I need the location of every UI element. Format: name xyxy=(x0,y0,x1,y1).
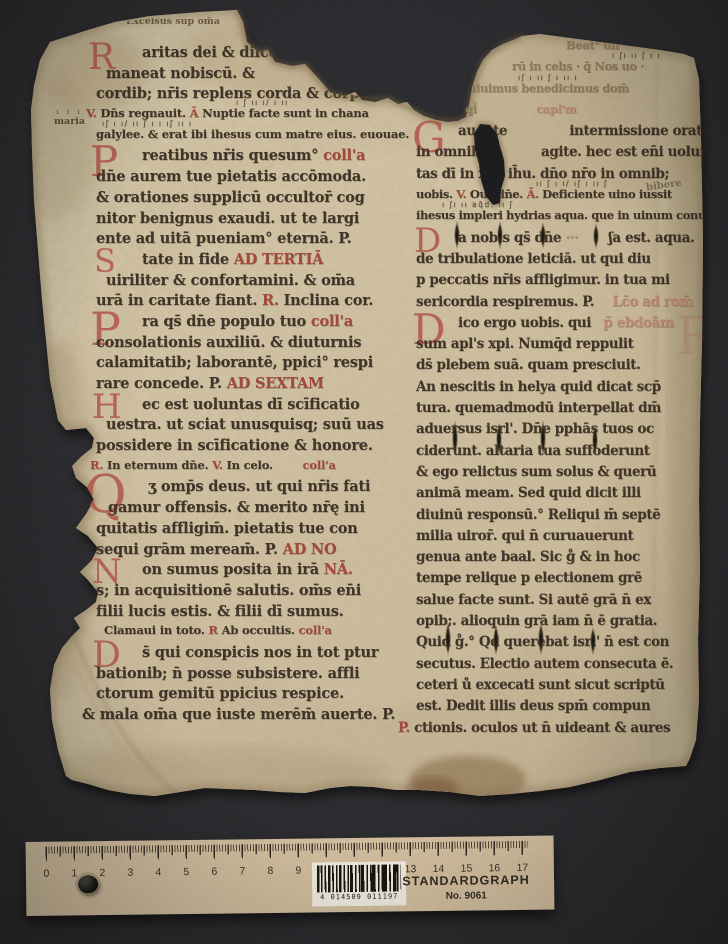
text-line: urā in caritate fiant. R. Inclina cor. xyxy=(96,292,426,313)
text-segment: urā in caritate fiant. xyxy=(96,292,262,309)
text-segment: R xyxy=(208,623,221,637)
text-segment: a nobis qs̄ dn̄e xyxy=(458,230,565,246)
text-segment: coll'a xyxy=(311,313,353,330)
text-segment: sum apl's xpi. Numq̄d reppulit xyxy=(416,336,633,352)
text-line: diuinū responsū.° Reliqui m̄ septē xyxy=(416,507,708,528)
text-segment: uiriliter & confortamini. & om̄a xyxy=(106,272,355,289)
text-segment: galylee. & erat ibi ihesus cum matre eiu… xyxy=(96,127,409,141)
text-line: & ego relictus sum solus & querū xyxy=(416,464,708,485)
text-segment: ico ergo uobis. qui xyxy=(458,315,595,331)
text-line: galylee. & erat ibi ihesus cum matre eiu… xyxy=(96,127,426,148)
text-segment: Quid g̊.° Qd querebat isrl' n̄ est con xyxy=(416,634,669,650)
text-segment: coll'a xyxy=(323,147,365,164)
text-segment: rū in celıs · q̄ Nos uo · xyxy=(512,59,644,73)
text-segment: uestra. ut sciat unusquisq; suū uas xyxy=(106,416,384,433)
text-segment: filii lucis estis. & filii dī sumus. xyxy=(96,603,344,620)
text-segment: V. xyxy=(456,187,470,201)
text-line: uiriliter & confortamini. & om̄a xyxy=(106,272,426,293)
text-segment: reatibus nr̄is quesum° xyxy=(142,147,323,164)
text-line: salue facte sunt. Si autē grā n̄ ex xyxy=(416,592,708,613)
text-line: & mala om̄a que iuste merēm̄ auerte. P. xyxy=(82,706,426,727)
text-segment: Ā. xyxy=(526,187,542,201)
text-line: secutus. Electio autem consecuta ē. xyxy=(416,656,708,677)
text-line: aduersus isrl'. Dn̄e pphās tuos oc xyxy=(416,421,708,442)
ruler-number: 4 xyxy=(150,866,166,878)
neume-marks: ıʃ ı ı/ ıı ʃ ı ı ıʃ ıı ı xyxy=(102,119,192,128)
text-line: dn̄e aurem tue pietatis accōmoda. xyxy=(96,168,426,189)
text-segment: ente ad uitā pueniam° eternā. P. xyxy=(96,230,351,247)
text-line: ec est uoluntas dī scīficatio xyxy=(142,396,426,417)
text-segment: diuinū responsū.° Reliqui m̄ septē xyxy=(416,507,660,523)
text-line: nitor benignus exaudi. ut te largi xyxy=(96,210,426,231)
text-segment: bationib; n̄ posse subsistere. affli xyxy=(96,665,359,682)
text-segment: secutus. Electio autem consecuta ē. xyxy=(416,656,673,672)
text-segment: nitor benignus exaudi. ut te largi xyxy=(96,210,359,227)
text-line: sequi grām meream̄. P. AD NO xyxy=(96,541,426,562)
text-line: ds̄ plebem suā. quam presciuit. xyxy=(416,357,708,378)
text-line: a nobis qs̄ dn̄e ···ʃa est. aqua. xyxy=(458,230,708,251)
text-segment: salue facte sunt. Si autē grā n̄ ex xyxy=(416,592,651,608)
text-line: reatibus nr̄is quesum° coll'a xyxy=(142,147,426,168)
text-segment: AD TERTIĀ xyxy=(234,251,324,268)
text-line: est. Dedit illis deus spm̄ compun xyxy=(416,698,708,719)
text-segment: consolationis auxiliū. & diuturnis xyxy=(96,334,361,351)
text-segment: on sumus posita in irā xyxy=(142,561,324,578)
text-segment: ··· xyxy=(565,230,578,246)
text-line: tate in fide AD TERTIĀ xyxy=(142,251,426,272)
text-segment: genua ante baal. Sic g̊ & in hoc xyxy=(416,549,640,565)
text-line: filii lucis estis. & filii dī sumus. xyxy=(96,603,426,624)
text-segment: Inclina cor. xyxy=(284,292,374,309)
ruler-model-number: No. 9061 xyxy=(386,890,546,903)
text-segment: agite. hec est en̄i uolun xyxy=(541,144,709,160)
text-line: s̄ qui conspicis nos in tot ptur xyxy=(142,644,426,665)
text-segment: ceteri ů excecati sunt sicut scriptū xyxy=(416,677,665,693)
text-line: sum apl's xpi. Numq̄d reppulit xyxy=(416,336,708,357)
text-segment: tura. quemadmodū interpellat dm̄ xyxy=(416,400,661,416)
text-line: calamitatib; laborantē, ppici° respi xyxy=(96,354,426,375)
neume-marks: ı ı ı xyxy=(54,108,85,116)
ruler-brand: STANDARDGRAPH xyxy=(386,873,546,889)
text-line: ihesus impleri hydrias aqua. que in uinu… xyxy=(416,208,708,229)
text-line: ra qs̄ dn̄e populo tuo coll'a xyxy=(142,313,426,334)
text-segment: quitatis affligim̄. pietatis tue con xyxy=(96,520,358,537)
text-segment: & orationes supplicū occultor̄ cog xyxy=(96,189,365,206)
text-segment: s̄ qui conspicis nos in tot ptur xyxy=(142,644,378,661)
text-segment: tate in fide xyxy=(142,251,234,268)
text-line: Clamaui in toto. R Ab occultis. coll'a xyxy=(104,623,426,644)
text-segment: Deficiente uino iussit xyxy=(542,187,672,201)
text-segment: An nescitis in helya quid dicat scp̄ xyxy=(416,379,661,395)
text-line: ctorum gemitū ppicius respice. xyxy=(96,685,426,706)
text-segment: R. xyxy=(262,292,284,309)
text-segment: capl'm xyxy=(536,102,576,116)
text-segment: In celo. xyxy=(226,458,276,472)
neume-marks: ıʃ ı ıı ʃ ı ıı ı xyxy=(518,73,578,82)
text-segment: AD NO xyxy=(283,541,337,558)
neume-marks: ı ʃı ıı aq̄d. ıı ʃ xyxy=(442,200,513,209)
text-segment: opib;. alioquin grā iam n̄ ē gratia. xyxy=(416,613,657,629)
text-segment: ra qs̄ dn̄e populo tuo xyxy=(142,313,311,330)
text-line: ico ergo uobis. qui p̄ ebdoām xyxy=(458,315,708,336)
text-segment: ciderunt. altaria tua suffoderunt xyxy=(416,443,650,459)
text-segment: coll'a xyxy=(299,623,332,637)
text-segment: p peccatis nr̄is affligimur. in tua mi xyxy=(416,272,670,288)
text-segment: Clamaui in toto. xyxy=(104,623,208,637)
text-segment: uiuimus benedicimus dom̄ xyxy=(468,81,629,95)
text-segment: R. xyxy=(90,458,107,472)
text-line: de tribulatione leticiā. ut qui diu xyxy=(416,251,708,272)
text-line: possidere in scīficatione & honore. xyxy=(96,437,426,458)
text-segment: In eternum dn̄e. xyxy=(107,458,212,472)
text-line: ente ad uitā pueniam° eternā. P. xyxy=(96,230,426,251)
neume-marks: ı ʃı ıı ʃ ı ı xyxy=(612,51,661,60)
text-segment: ihesus impleri hydrias aqua. que in uinu… xyxy=(416,208,718,222)
text-segment: ctorum gemitū ppicius respice. xyxy=(96,685,344,702)
text-segment: ʒ omp̄s deus. ut qui nr̄is fati xyxy=(148,478,370,495)
left-margin-note: ı ı ı maria xyxy=(54,108,85,127)
text-line: Quid g̊.° Qd querebat isrl' n̄ est con xyxy=(416,634,708,655)
text-line: s; in acquisitionē salutis. om̄s en̄i xyxy=(96,582,426,603)
text-line: milia uiror̄. qui n̄ curuauerunt xyxy=(416,528,708,549)
photo-canvas: Excelsus sup om̄a ı ı ı maria bibere R P… xyxy=(0,0,728,944)
text-line: p peccatis nr̄is affligimur. in tua mi xyxy=(416,272,708,293)
text-line: in omnib; agite. hec est en̄i uolun xyxy=(416,144,708,165)
neume-marks: ıı ʃ ı ı/ ıʃ ı ıı ʃ xyxy=(536,179,608,188)
text-line: R. In eternum dn̄e. V. In celo. coll'a xyxy=(90,458,426,479)
text-line: & orationes supplicū occultor̄ cog xyxy=(96,189,426,210)
text-segment: animā meam. Sed quid dicit illi xyxy=(416,485,641,501)
ruler-number: 7 xyxy=(234,865,250,877)
text-line: uiuimus benedicimus dom̄ıʃ ı ıı ʃ ı ıı ı xyxy=(468,81,708,102)
neume-marks: ı ʃ ıı ı/ ı ıı xyxy=(236,98,289,107)
text-line: animā meam. Sed quid dicit illi xyxy=(416,485,708,506)
text-segment: Lc̄o ad rom̄ xyxy=(612,294,693,310)
ruler-number: 6 xyxy=(206,866,222,878)
text-segment: & mala om̄a que iuste merēm̄ auerte. P. xyxy=(82,706,395,723)
text-segment: ds̄ plebem suā. quam presciuit. xyxy=(416,357,640,373)
text-line: ciderunt. altaria tua suffoderunt xyxy=(416,443,708,464)
text-segment: s; in acquisitionē salutis. om̄s en̄i xyxy=(96,582,361,599)
text-segment: intermissione orate. xyxy=(569,123,714,139)
text-line: gamur offensis. & merito nr̄ę ini xyxy=(108,499,426,520)
text-segment: Ab occultis. xyxy=(222,623,299,637)
text-segment: ec est uoluntas dī scīficatio xyxy=(142,396,360,413)
text-line: rare concede. P. AD SEXTAM xyxy=(96,375,426,396)
text-segment: milia uiror̄. qui n̄ curuauerunt xyxy=(416,528,633,544)
ruler-number: 5 xyxy=(178,866,194,878)
margin-note-text: maria xyxy=(54,116,85,127)
text-line: P. ctionis. oculos ut n̄ uideant & aures xyxy=(398,720,708,741)
ruler-number: 3 xyxy=(122,867,138,879)
text-segment: ʃa est. aqua. xyxy=(608,230,694,246)
text-segment: Nuptie facte sunt in chana xyxy=(202,106,369,120)
text-line: quitatis affligim̄. pietatis tue con xyxy=(96,520,426,541)
text-line: on sumus posita in irā NĀ. xyxy=(142,561,426,582)
text-line: consolationis auxiliū. & diuturnis xyxy=(96,334,426,355)
text-line: uestra. ut sciat unusquisq; suū uas xyxy=(106,416,426,437)
text-line: An nescitis in helya quid dicat scp̄ xyxy=(416,379,708,400)
ruler-number: 2 xyxy=(94,867,110,879)
text-segment: NĀ. xyxy=(324,561,353,578)
ruler: 01234567891011121314151617 4 014509 0111… xyxy=(26,836,555,916)
text-line: tempe relique p electionem grē xyxy=(416,570,708,591)
ruler-number: 9 xyxy=(290,865,306,877)
text-segment: dn̄e aurem tue pietatis accōmoda. xyxy=(96,168,366,185)
text-line: sericordia respiremus. P. Lc̄o ad rom̄ xyxy=(416,294,708,315)
text-segment: AD SEXTAM xyxy=(227,375,324,392)
text-segment: est. Dedit illis deus spm̄ compun xyxy=(416,698,650,714)
text-segment: maneat nobiscū. & xyxy=(106,65,255,82)
text-segment: in omnib; xyxy=(416,144,489,160)
text-segment: P. xyxy=(398,720,414,736)
text-line: audete intermissione orate. xyxy=(458,123,708,144)
text-segment: calamitatib; laborantē, ppici° respi xyxy=(96,354,373,371)
text-segment: gamur offensis. & merito nr̄ę ini xyxy=(108,499,365,516)
text-segment: possidere in scīficatione & honore. xyxy=(96,437,373,454)
text-segment: de tribulatione leticiā. ut qui diu xyxy=(416,251,651,267)
right-text-column: G D D R Beat° uirrū in celıs · q̄ Nos uo… xyxy=(416,38,708,741)
text-segment: uobis. xyxy=(416,187,456,201)
ruler-number: 8 xyxy=(262,865,278,877)
text-segment: tempe relique p electionem grē xyxy=(416,570,642,586)
left-text-column: R P S P H Q N D aritas dei & dilc̄omanea… xyxy=(96,44,426,727)
text-segment: audete xyxy=(458,123,511,139)
text-line: ʒ omp̄s deus. ut qui nr̄is fati xyxy=(148,478,426,499)
text-segment: Our̄ dn̄e. xyxy=(470,187,527,201)
ruler-number: 0 xyxy=(38,868,54,880)
text-segment: rare concede. P. xyxy=(96,375,227,392)
text-segment: p̄ ebdoām xyxy=(603,315,673,331)
text-line: genua ante baal. Sic g̊ & in hoc xyxy=(416,549,708,570)
text-segment: sericordia respiremus. P. xyxy=(416,294,598,310)
text-segment: & ego relictus sum solus & querū xyxy=(416,464,656,480)
text-segment: coll'a xyxy=(303,458,336,472)
text-line: ceteri ů excecati sunt sicut scriptū xyxy=(416,677,708,698)
text-segment: V. xyxy=(212,458,226,472)
text-line: opib;. alioquin grā iam n̄ ē gratia. xyxy=(416,613,708,634)
text-line: bationib; n̄ posse subsistere. affli xyxy=(96,665,426,686)
text-segment: aduersus isrl'. Dn̄e pphās tuos oc xyxy=(416,421,654,437)
text-segment: V. xyxy=(86,106,100,120)
text-segment: sequi grām meream̄. P. xyxy=(96,541,283,558)
text-line: tura. quemadmodū interpellat dm̄ xyxy=(416,400,708,421)
text-segment: ctionis. oculos ut n̄ uideant & aures xyxy=(414,720,670,736)
